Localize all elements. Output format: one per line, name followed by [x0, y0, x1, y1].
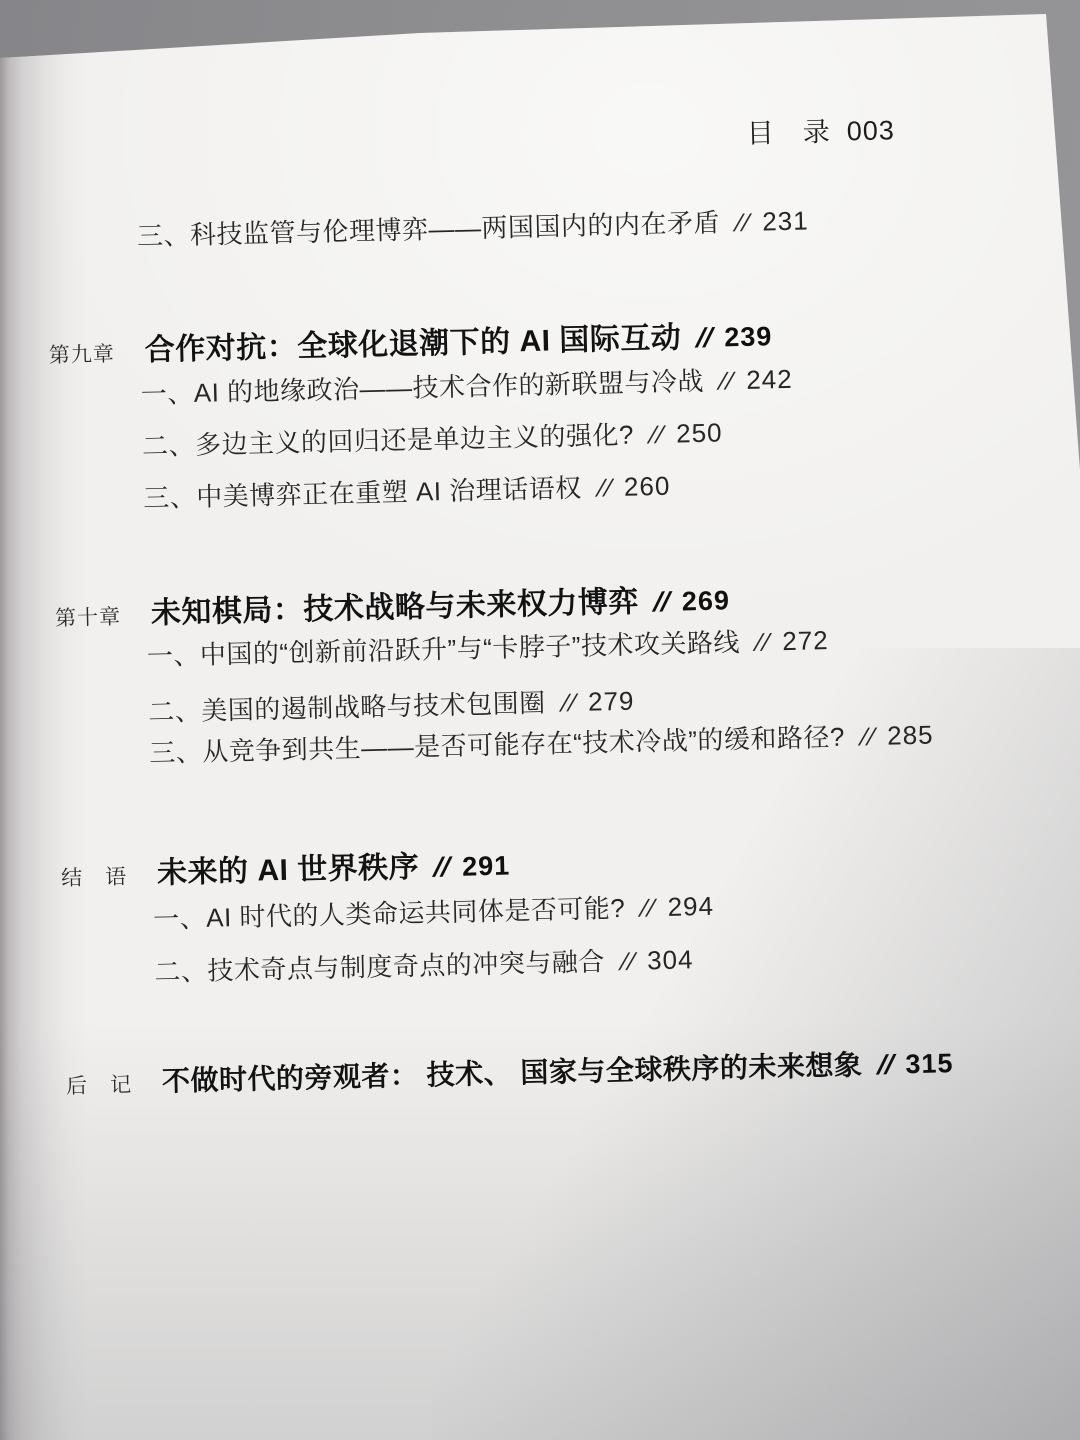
- toc-entry-page: 279: [588, 686, 635, 718]
- toc-entry-page: 285: [887, 720, 934, 752]
- chapter-title: 未知棋局：技术战略与未来权力博弈: [150, 576, 639, 631]
- page-separator: //: [717, 368, 735, 396]
- chapter-title: 合作对抗：全球化退潮下的 AI 国际互动: [144, 312, 682, 369]
- toc-chapter-row: 后 记 不做时代的旁观者： 技术、 国家与全球秩序的未来想象 // 315: [66, 1041, 954, 1102]
- page-separator: //: [559, 690, 577, 718]
- toc-entry-text: 一、AI 时代的人类命运共同体是否可能?: [153, 888, 626, 936]
- page-separator: //: [858, 724, 876, 752]
- chapter-title: 不做时代的旁观者： 技术、 国家与全球秩序的未来想象: [161, 1043, 862, 1099]
- toc-entry-text: 二、技术奇点与制度奇点的冲突与融合: [154, 941, 605, 989]
- chapter-title: 未来的 AI 世界秩序: [156, 842, 419, 892]
- running-header: 目 录 003: [746, 108, 895, 150]
- toc-entry: 二、美国的遏制战略与技术包围圈 // 279: [148, 681, 635, 729]
- toc-entry-text: 二、美国的遏制战略与技术包围圈: [148, 683, 546, 729]
- toc-chapter-row: 结 语 未来的 AI 世界秩序 // 291: [61, 840, 511, 895]
- chapter-page: 239: [724, 321, 773, 353]
- toc-entry-page: 304: [647, 944, 694, 976]
- page-separator: //: [733, 210, 751, 238]
- toc-entry: 一、AI 时代的人类命运共同体是否可能? // 294: [153, 886, 715, 936]
- toc-entry-text: 一、AI 的地缘政治——技术合作的新联盟与冷战: [140, 361, 704, 411]
- toc-entry-text: 三、中美博弈正在重塑 AI 治理话语权: [143, 468, 582, 515]
- page-separator: //: [432, 852, 451, 883]
- toc-entry-text: 二、多边主义的回归还是单边主义的强化?: [142, 415, 635, 464]
- book-page: 目 录 003 三、科技监管与伦理博弈——两国国内的内在矛盾 // 231 第九…: [0, 0, 1080, 1440]
- photo-of-book-page: { "colors":{"desk_gray":"#8f8f91","paper…: [0, 0, 1080, 1440]
- toc-text: 目 录 003 三、科技监管与伦理博弈——两国国内的内在矛盾 // 231 第九…: [0, 0, 1080, 1440]
- page-separator: //: [652, 587, 671, 618]
- page-separator: //: [647, 422, 665, 450]
- page-separator: //: [694, 323, 713, 354]
- toc-entry: 三、中美博弈正在重塑 AI 治理话语权 // 260: [143, 466, 671, 515]
- page-separator: //: [639, 895, 657, 923]
- toc-entry-page: 250: [676, 417, 723, 449]
- toc-entry-page: 231: [762, 205, 809, 237]
- chapter-page: 269: [681, 585, 730, 617]
- toc-entry: 二、多边主义的回归还是单边主义的强化? // 250: [142, 412, 723, 463]
- page-separator: //: [876, 1050, 895, 1081]
- page-separator: //: [753, 629, 771, 657]
- toc-entry-page: 242: [746, 364, 793, 396]
- chapter-page: 291: [462, 851, 511, 883]
- chapter-label: 后 记: [66, 1069, 133, 1101]
- chapter-label: 第九章: [48, 338, 115, 370]
- toc-entry-page: 272: [782, 625, 829, 657]
- toc-entry: 三、科技监管与伦理博弈——两国国内的内在矛盾 // 231: [137, 200, 809, 253]
- toc-entry-text: 三、科技监管与伦理博弈——两国国内的内在矛盾: [137, 202, 721, 253]
- chapter-label: 结 语: [61, 861, 128, 893]
- chapter-label: 第十章: [55, 601, 122, 633]
- running-header-title: 目 录: [746, 110, 831, 151]
- toc-entry-page: 294: [667, 891, 714, 923]
- page-separator: //: [595, 475, 613, 503]
- chapter-page: 315: [905, 1048, 954, 1080]
- toc-entry-page: 260: [624, 471, 671, 503]
- folio-page-number: 003: [846, 115, 895, 147]
- toc-entry: 二、技术奇点与制度奇点的冲突与融合 // 304: [154, 939, 694, 989]
- page-separator: //: [618, 949, 636, 977]
